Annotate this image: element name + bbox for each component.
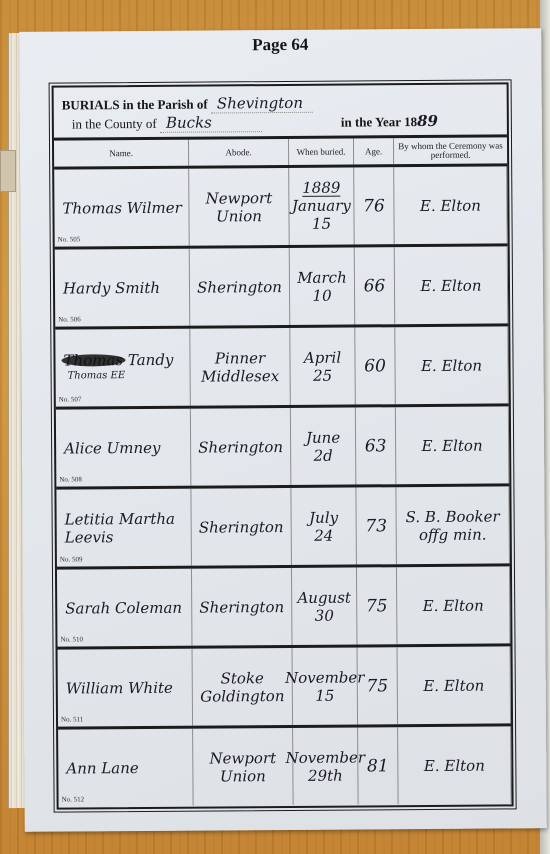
entry-officiant: E. Elton (423, 596, 484, 614)
entry-date-cell: June 2d (291, 407, 357, 484)
entry-age-cell: 63 (356, 407, 397, 484)
entry-abode-cell: Sherington (191, 488, 292, 566)
entry-abode-cell: Stoke Goldington (193, 648, 294, 726)
burial-register: BURIALS in the Parish of Shevington in t… (52, 82, 514, 809)
table-row: Letitia Martha Leevis Sherington July 24… (56, 486, 510, 569)
entry-date-day: 10 (312, 286, 331, 304)
year-prefix: in the Year 18 (341, 114, 417, 130)
entry-date-month: March (297, 268, 347, 286)
entry-date-day: 15 (312, 214, 331, 232)
entry-age-cell: 75 (358, 647, 399, 724)
entry-abode-line-2: Goldington (200, 686, 284, 705)
column-header-when-buried: When buried. (289, 138, 354, 164)
heading-prefix: BURIALS in the Parish of (62, 97, 208, 113)
entry-abode-cell: Sherington (190, 248, 291, 326)
table-row: Sarah Coleman Sherington August 30 75 E.… (57, 566, 511, 649)
table-row: Hardy Smith Sherington March 10 66 E. El… (55, 246, 509, 329)
entry-officiant: E. Elton (424, 756, 485, 774)
entry-abode-line-1: Pinner (215, 349, 265, 367)
entry-record-number: No. 510 (60, 635, 83, 643)
entry-age-cell: 60 (355, 327, 396, 404)
entry-officiant: S. B. Booker (406, 507, 500, 526)
entry-officiant: E. Elton (420, 276, 481, 294)
entry-date-month: January (292, 196, 351, 214)
entry-year-note: 1889 (302, 180, 340, 196)
register-heading: BURIALS in the Parish of Shevington in t… (54, 84, 507, 140)
entry-officiant: E. Elton (421, 356, 482, 374)
entry-record-number: No. 511 (61, 715, 83, 723)
entry-abode-line-1: Sherington (199, 517, 284, 536)
county-value: Bucks (160, 113, 262, 133)
entry-age-cell: 66 (355, 247, 396, 324)
entry-date-month: November (285, 668, 365, 687)
table-row: Thomas Wilmer Newport Union 1889 January… (54, 166, 508, 249)
entry-abode-line-1: Sherington (197, 278, 282, 297)
entry-name: Alice Umney (64, 438, 160, 457)
entry-date-day: 29th (308, 766, 343, 784)
table-row: Thomas TandyThomas EE Pinner Middlesex A… (55, 326, 509, 409)
entry-date-cell: July 24 (291, 487, 357, 564)
entry-abode-line-1: Sherington (198, 438, 283, 457)
entry-officiant: E. Elton (422, 436, 483, 454)
entry-record-number: No. 506 (58, 315, 81, 323)
entry-age: 75 (366, 677, 388, 695)
entry-date-cell: November 29th (293, 727, 359, 804)
entry-officiant-cell: S. B. Booker offg min. (396, 486, 510, 564)
entry-date-day: 30 (315, 606, 334, 624)
entry-age: 66 (364, 277, 386, 295)
entry-officiant-cell: E. Elton (394, 166, 508, 244)
column-header-age: Age. (354, 138, 394, 164)
entry-age: 60 (364, 357, 386, 375)
entry-age: 75 (366, 597, 388, 615)
entry-abode-line-1: Stoke (221, 669, 264, 687)
entry-age-cell: 73 (356, 487, 397, 564)
entry-abode-line-1: Sherington (199, 597, 284, 616)
entry-age: 73 (365, 517, 387, 535)
entry-officiant-note: offg min. (419, 525, 487, 543)
page-title: Page 64 (19, 33, 541, 57)
year-value: 89 (417, 112, 438, 130)
entry-officiant: E. Elton (423, 676, 484, 694)
correction-note: Thomas EE (64, 366, 174, 385)
table-row: Alice Umney Sherington June 2d 63 E. Elt… (56, 406, 510, 489)
entry-date-day: 25 (313, 366, 332, 384)
entry-date-cell: April 25 (290, 327, 356, 404)
entry-name: Ann Lane (66, 759, 138, 778)
entry-date-month: April (304, 348, 341, 366)
entry-record-number: No. 508 (59, 475, 82, 483)
entry-age-cell: 81 (358, 727, 399, 804)
entry-officiant-cell: E. Elton (395, 246, 509, 324)
entry-date-day: 24 (314, 526, 333, 544)
entry-officiant-cell: E. Elton (398, 646, 512, 724)
entry-officiant-cell: E. Elton (396, 406, 510, 484)
entry-abode-line-2: Union (216, 207, 262, 225)
entry-abode-line-2: Union (220, 767, 266, 785)
entry-date-month: July (309, 508, 338, 526)
entry-record-number: No. 505 (58, 235, 81, 243)
column-headers: Name. Abode. When buried. Age. By whom t… (54, 137, 507, 169)
entry-record-number: No. 509 (60, 555, 83, 563)
entry-date-day: 2d (314, 446, 333, 464)
entry-date-cell: August 30 (292, 567, 358, 644)
entry-name: William White (66, 678, 173, 697)
entry-name: Letitia Martha Leevis (65, 509, 189, 546)
entry-name: Hardy Smith (63, 278, 160, 297)
entry-date-day: 15 (315, 686, 334, 704)
entry-record-number: No. 507 (59, 395, 82, 403)
entry-abode-cell: Newport Union (193, 728, 294, 806)
county-prefix: in the County of (72, 116, 157, 132)
entry-date-month: June (306, 428, 340, 446)
entry-name: Thomas TandyThomas EE (63, 350, 173, 385)
entry-abode-cell: Sherington (192, 568, 293, 646)
entry-date-month: August (297, 588, 351, 606)
entry-date-cell: March 10 (290, 247, 356, 324)
column-header-abode: Abode. (189, 139, 289, 166)
entry-age: 63 (365, 437, 387, 455)
entry-abode-line-2: Middlesex (201, 367, 279, 386)
burial-entries: Thomas Wilmer Newport Union 1889 January… (54, 166, 511, 806)
table-row: William White Stoke Goldington November … (58, 646, 512, 729)
entry-abode-cell: Pinner Middlesex (190, 328, 291, 406)
entry-officiant-cell: E. Elton (395, 326, 509, 404)
entry-age: 81 (367, 757, 389, 775)
register-page: Page 64 BURIALS in the Parish of Sheving… (19, 28, 547, 832)
entry-date-cell: 1889 January 15 (289, 167, 355, 244)
book-clasp (0, 150, 16, 192)
entry-abode-cell: Newport Union (189, 168, 290, 246)
entry-abode-cell: Sherington (191, 408, 292, 486)
column-header-officiant: By whom the Ceremony was performed. (394, 137, 507, 164)
entry-record-number: No. 512 (62, 795, 85, 803)
ink-blot-correction: Thomas TandyThomas EE (63, 350, 173, 385)
parish-value: Shevington (211, 94, 313, 114)
table-row: Ann Lane Newport Union November 29th 81 … (58, 726, 512, 806)
entry-date-cell: November 15 (293, 647, 359, 724)
entry-name: Thomas Wilmer (62, 198, 181, 217)
ink-blot (61, 354, 125, 366)
entry-abode-line-1: Newport (205, 189, 272, 207)
entry-age-cell: 76 (354, 167, 395, 244)
entry-abode-line-1: Newport (209, 749, 276, 767)
column-header-name: Name. (54, 140, 189, 167)
entry-officiant-cell: E. Elton (398, 726, 512, 804)
entry-age: 76 (363, 197, 385, 215)
entry-age-cell: 75 (357, 567, 398, 644)
entry-officiant: E. Elton (420, 196, 481, 214)
entry-date-month: November (286, 748, 366, 767)
entry-name: Sarah Coleman (65, 598, 182, 617)
entry-officiant-cell: E. Elton (397, 566, 511, 644)
